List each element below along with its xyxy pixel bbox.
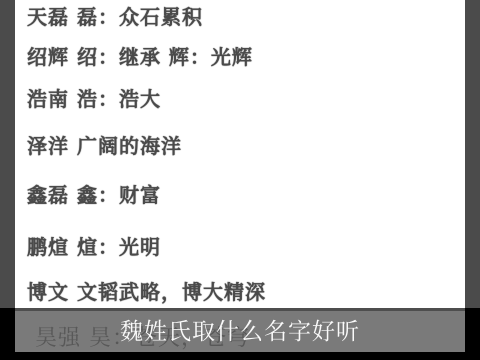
name-meaning-line: 天磊 磊：众石累积 <box>27 6 203 28</box>
caption-title: 魏姓氏取什么名字好听 <box>0 318 480 346</box>
name-meaning-line: 泽洋 广阔的海洋 <box>27 135 182 157</box>
name-meaning-line: 鹏煊 煊：光明 <box>27 236 161 258</box>
name-meaning-line: 绍辉 绍：继承 辉：光辉 <box>27 46 253 68</box>
screenshot-frame: 天磊 磊：众石累积 绍辉 绍：继承 辉：光辉 浩南 浩：浩大 泽洋 广阔的海洋 … <box>0 0 480 360</box>
name-meaning-line: 浩南 浩：浩大 <box>27 88 161 110</box>
right-letterbox-bar <box>465 0 480 360</box>
left-letterbox-bar <box>0 0 15 360</box>
name-meaning-line: 鑫磊 鑫：财富 <box>27 184 161 206</box>
bottom-black-strip <box>0 352 480 360</box>
name-meaning-line: 博文 文韬武略，博大精深 <box>27 281 266 303</box>
